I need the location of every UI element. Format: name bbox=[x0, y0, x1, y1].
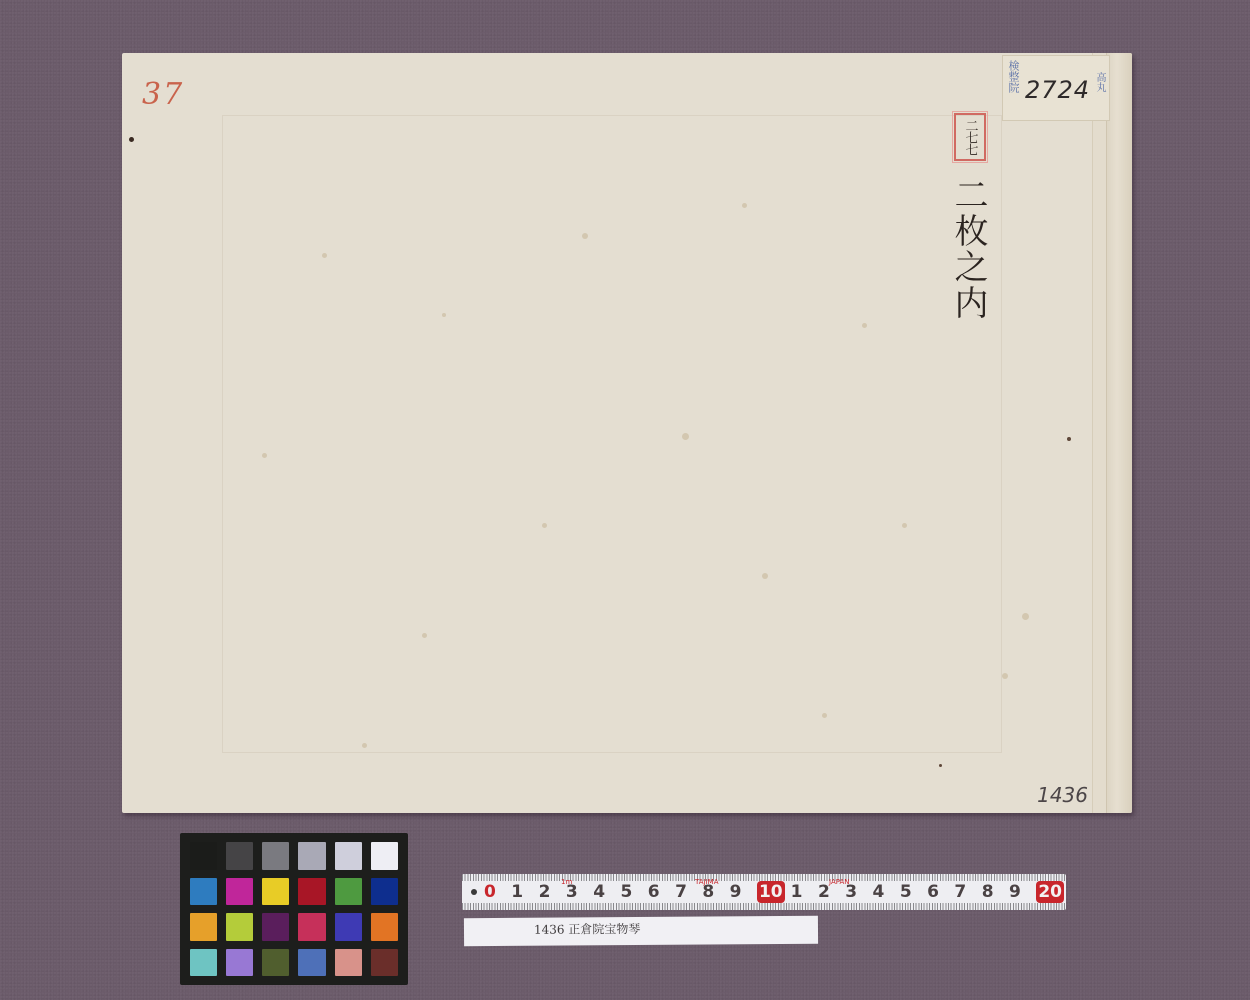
color-patch bbox=[335, 878, 362, 906]
ruler-digit: 1 bbox=[791, 881, 818, 903]
color-patch bbox=[335, 913, 362, 941]
foxing-spot bbox=[542, 523, 547, 528]
ink-spot bbox=[939, 764, 942, 767]
foxing-spot bbox=[582, 233, 588, 239]
sheet-fold-edge bbox=[1092, 53, 1106, 813]
vertical-calligraphy: 二枚之内 bbox=[948, 177, 988, 321]
foxing-spot bbox=[322, 253, 327, 258]
color-patch bbox=[298, 949, 325, 977]
foxing-spot bbox=[1022, 613, 1029, 620]
color-patch bbox=[262, 842, 289, 870]
foxing-spot bbox=[862, 323, 867, 328]
page-number-red-ink: 37 bbox=[142, 77, 184, 112]
color-patch bbox=[226, 842, 253, 870]
foxing-spot bbox=[902, 523, 907, 528]
ruler-digit: 9 bbox=[730, 881, 757, 903]
color-patch bbox=[190, 949, 217, 977]
ruler-ticks-bottom bbox=[462, 903, 1066, 910]
color-patch bbox=[262, 913, 289, 941]
ruler-digit: 4 bbox=[593, 881, 620, 903]
sheet-torn-edge bbox=[1106, 53, 1132, 813]
ruler-digit: 9 bbox=[1009, 881, 1036, 903]
color-patch bbox=[371, 949, 398, 977]
color-patch bbox=[298, 878, 325, 906]
red-seal-box: 二七七 bbox=[954, 113, 986, 161]
color-patch bbox=[262, 878, 289, 906]
sheet-inner-border bbox=[222, 115, 1002, 753]
color-patch bbox=[298, 913, 325, 941]
foxing-spot bbox=[1002, 673, 1008, 679]
catalog-number: 2724 bbox=[1025, 76, 1090, 104]
color-patch bbox=[190, 913, 217, 941]
ruler-digit: 1 bbox=[511, 881, 538, 903]
foxing-spot bbox=[822, 713, 827, 718]
measuring-ruler: 012345678910123456789201 1m TAJIMA JAPAN bbox=[462, 874, 1066, 910]
color-patch bbox=[226, 878, 253, 906]
catalog-stamp-right: 高丸 bbox=[1093, 72, 1105, 92]
ruler-brand-mark: TAJIMA bbox=[695, 878, 718, 886]
ruler-digit: 20 bbox=[1036, 881, 1064, 903]
ruler-digit: 6 bbox=[648, 881, 675, 903]
foxing-spot bbox=[682, 433, 689, 440]
ruler-digit: 5 bbox=[900, 881, 927, 903]
foxing-spot bbox=[422, 633, 427, 638]
ruler-1m-mark: 1m bbox=[561, 878, 572, 886]
color-patch bbox=[190, 842, 217, 870]
ruler-digit: 10 bbox=[757, 881, 785, 903]
color-patch bbox=[371, 913, 398, 941]
foxing-spot bbox=[742, 203, 747, 208]
caption-text: 1436 正倉院宝物琴 bbox=[534, 920, 640, 938]
catalog-label: 検整院 2724 高丸 bbox=[1002, 55, 1110, 121]
color-patch bbox=[335, 949, 362, 977]
color-patch bbox=[371, 878, 398, 906]
color-patch bbox=[298, 842, 325, 870]
color-patch bbox=[371, 842, 398, 870]
ruler-ticks-top bbox=[462, 874, 1066, 881]
color-patch bbox=[226, 913, 253, 941]
punch-hole-mark bbox=[129, 137, 134, 142]
ruler-country-mark: JAPAN bbox=[829, 878, 850, 886]
foxing-spot bbox=[442, 313, 446, 317]
ruler-digit: 7 bbox=[954, 881, 981, 903]
ruler-digit: 6 bbox=[927, 881, 954, 903]
ruler-digit: 4 bbox=[873, 881, 900, 903]
ruler-digit: 8 bbox=[982, 881, 1009, 903]
ruler-digit: 5 bbox=[620, 881, 647, 903]
foxing-spot bbox=[762, 573, 768, 579]
ruler-digit: 0 bbox=[484, 881, 511, 903]
color-patch bbox=[226, 949, 253, 977]
color-patch bbox=[190, 878, 217, 906]
color-checker-card bbox=[180, 833, 408, 985]
seal-text: 二七七 bbox=[964, 119, 977, 155]
ink-spot bbox=[1067, 437, 1071, 441]
color-patch bbox=[335, 842, 362, 870]
foxing-spot bbox=[262, 453, 267, 458]
pencil-item-number: 1436 bbox=[1037, 783, 1088, 807]
ruler-hole bbox=[471, 889, 477, 895]
document-sheet: 37 検整院 2724 高丸 二七七 二枚之内 1436 bbox=[122, 53, 1132, 813]
catalog-stamp-left: 検整院 bbox=[1006, 60, 1020, 93]
color-patch bbox=[262, 949, 289, 977]
caption-strip: 1436 正倉院宝物琴 bbox=[464, 916, 818, 946]
foxing-spot bbox=[362, 743, 367, 748]
